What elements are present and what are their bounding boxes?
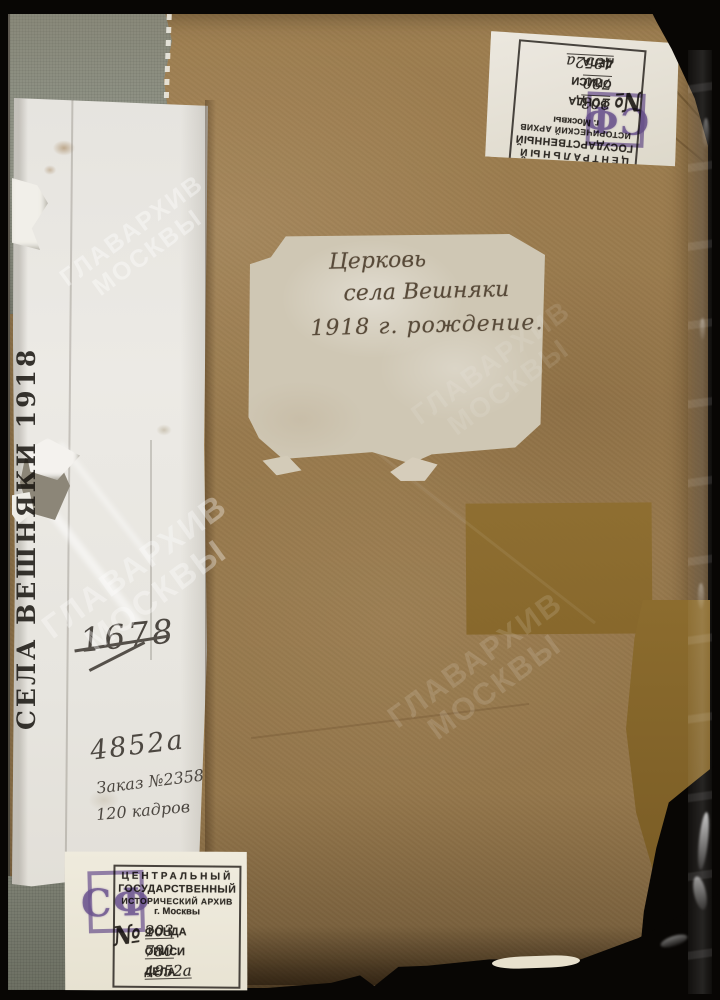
strip-shadow (205, 100, 216, 886)
title-line-1: Церковь (328, 247, 426, 275)
tape-glint (700, 318, 705, 340)
delo-value: 4852а (144, 963, 192, 979)
stamp-fond-row: ФОНДА 203 (145, 921, 230, 940)
delo-value: 4852а (566, 53, 614, 70)
title-line-2: села Вешняки (343, 277, 509, 306)
tape-glint (698, 583, 704, 609)
title-line-3: 1918 г. рождение. (310, 310, 544, 341)
archive-label-top: ЦЕНТРАЛЬНЫЙ ГОСУДАРСТВЕННЫЙ ИСТОРИЧЕСКИЙ… (481, 29, 684, 172)
dark-paper-patch-upper (466, 502, 653, 634)
sf-mark-stamp: СФ (87, 870, 145, 933)
tape-glint (703, 118, 709, 148)
spine-title-vertical: СЕЛА ВЕШНЯКИ 1918 (12, 260, 46, 730)
archive-label-bottom: ЦЕНТРАЛЬНЫЙ ГОСУДАРСТВЕННЫЙ ИСТОРИЧЕСКИЙ… (63, 850, 248, 992)
opis-value: 780 (145, 944, 174, 960)
stamp-opis-row: ОПИСИ 780 (145, 941, 230, 960)
sf-mark-stamp: СФ (585, 91, 645, 147)
fond-value: 203 (145, 924, 174, 940)
title-handwriting: Церковь села Вешняки 1918 г. рождение. (244, 230, 548, 470)
photo-background: СЕЛА ВЕШНЯКИ 1918 1678 4852а Заказ №2358… (0, 0, 720, 1000)
title-label: Церковь села Вешняки 1918 г. рождение. (247, 234, 545, 466)
stamp-delo-row: ДЕЛА 4852а (144, 961, 229, 980)
opis-value: 780 (583, 74, 612, 90)
